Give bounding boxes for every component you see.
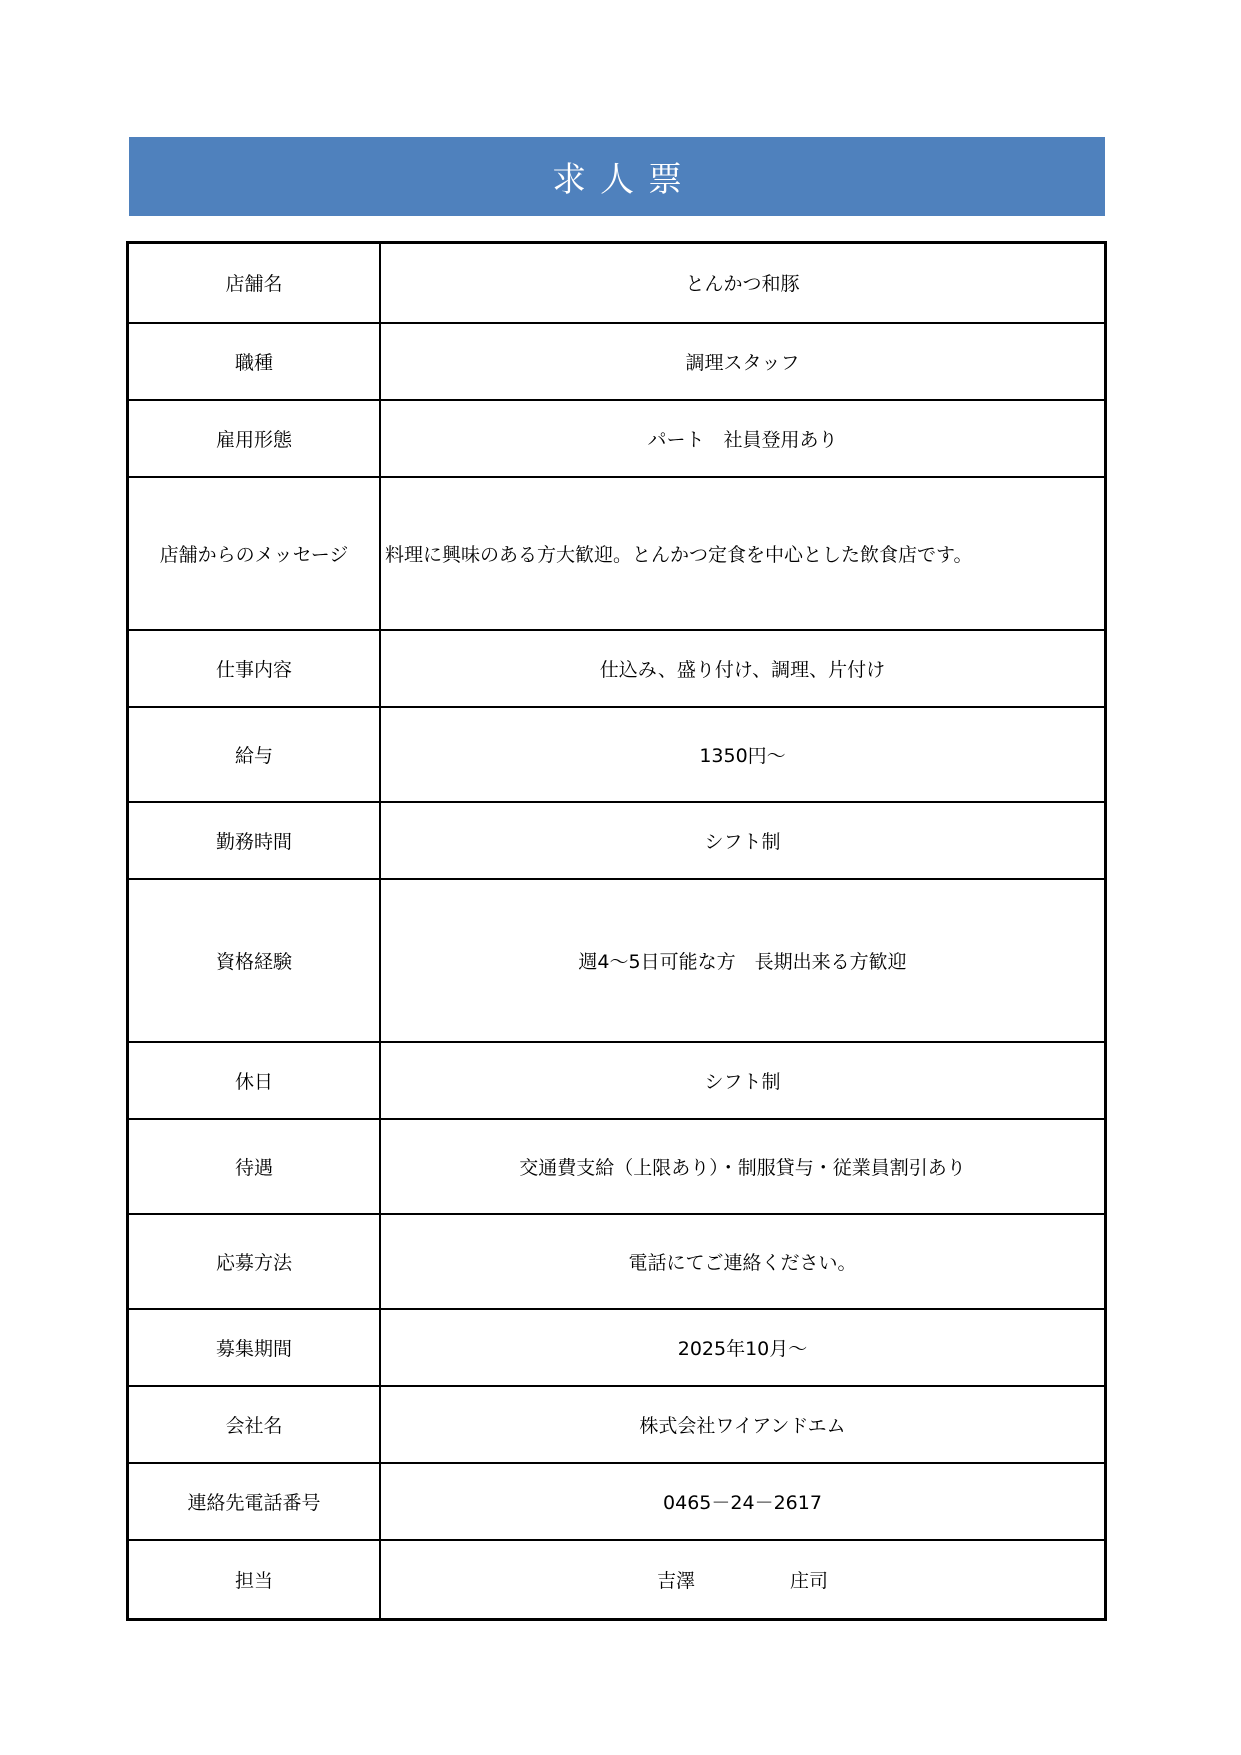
row-label: 仕事内容 (128, 630, 381, 707)
table-row-job-type: 職種 調理スタッフ (128, 323, 1106, 400)
table-row-benefits: 待遇 交通費支給（上限あり）・制服貸与・従業員割引あり (128, 1119, 1106, 1214)
table-row-application-method: 応募方法 電話にてご連絡ください。 (128, 1214, 1106, 1309)
table-row-qualifications: 資格経験 週4～5日可能な方 長期出来る方歓迎 (128, 879, 1106, 1042)
row-value: シフト制 (380, 802, 1106, 879)
row-label: 休日 (128, 1042, 381, 1119)
row-label: 雇用形態 (128, 400, 381, 477)
table-row-store-name: 店舗名 とんかつ和豚 (128, 243, 1106, 323)
row-label: 資格経験 (128, 879, 381, 1042)
table-row-holidays: 休日 シフト制 (128, 1042, 1106, 1119)
table-row-employment-type: 雇用形態 パート 社員登用あり (128, 400, 1106, 477)
title-banner: 求人票 (129, 137, 1105, 216)
table-row-recruitment-period: 募集期間 2025年10月～ (128, 1309, 1106, 1386)
table-row-company-name: 会社名 株式会社ワイアンドエム (128, 1386, 1106, 1463)
row-value: 電話にてご連絡ください。 (380, 1214, 1106, 1309)
row-label: 会社名 (128, 1386, 381, 1463)
row-value: 週4～5日可能な方 長期出来る方歓迎 (380, 879, 1106, 1042)
row-label: 待遇 (128, 1119, 381, 1214)
row-value: 0465－24－2617 (380, 1463, 1106, 1540)
job-posting-table: 店舗名 とんかつ和豚 職種 調理スタッフ 雇用形態 パート 社員登用あり 店舗か… (126, 241, 1107, 1621)
row-value: 仕込み、盛り付け、調理、片付け (380, 630, 1106, 707)
row-value: 1350円～ (380, 707, 1106, 802)
row-label: 応募方法 (128, 1214, 381, 1309)
row-value: 吉澤 庄司 (380, 1540, 1106, 1620)
row-value: 株式会社ワイアンドエム (380, 1386, 1106, 1463)
row-value: シフト制 (380, 1042, 1106, 1119)
table-row-contact-phone: 連絡先電話番号 0465－24－2617 (128, 1463, 1106, 1540)
row-value: パート 社員登用あり (380, 400, 1106, 477)
row-value: 調理スタッフ (380, 323, 1106, 400)
page-title: 求人票 (538, 152, 696, 201)
row-value: 2025年10月～ (380, 1309, 1106, 1386)
row-label: 担当 (128, 1540, 381, 1620)
row-label: 募集期間 (128, 1309, 381, 1386)
table-row-job-description: 仕事内容 仕込み、盛り付け、調理、片付け (128, 630, 1106, 707)
table-row-working-hours: 勤務時間 シフト制 (128, 802, 1106, 879)
table-row-contact-person: 担当 吉澤 庄司 (128, 1540, 1106, 1620)
table-row-store-message: 店舗からのメッセージ 料理に興味のある方大歓迎。とんかつ定食を中心とした飲食店で… (128, 477, 1106, 630)
row-label: 職種 (128, 323, 381, 400)
table-row-salary: 給与 1350円～ (128, 707, 1106, 802)
row-value: 交通費支給（上限あり）・制服貸与・従業員割引あり (380, 1119, 1106, 1214)
row-label: 給与 (128, 707, 381, 802)
row-label: 店舗からのメッセージ (128, 477, 381, 630)
row-label: 勤務時間 (128, 802, 381, 879)
row-value: とんかつ和豚 (380, 243, 1106, 323)
row-label: 連絡先電話番号 (128, 1463, 381, 1540)
row-value: 料理に興味のある方大歓迎。とんかつ定食を中心とした飲食店です。 (380, 477, 1106, 630)
row-label: 店舗名 (128, 243, 381, 323)
